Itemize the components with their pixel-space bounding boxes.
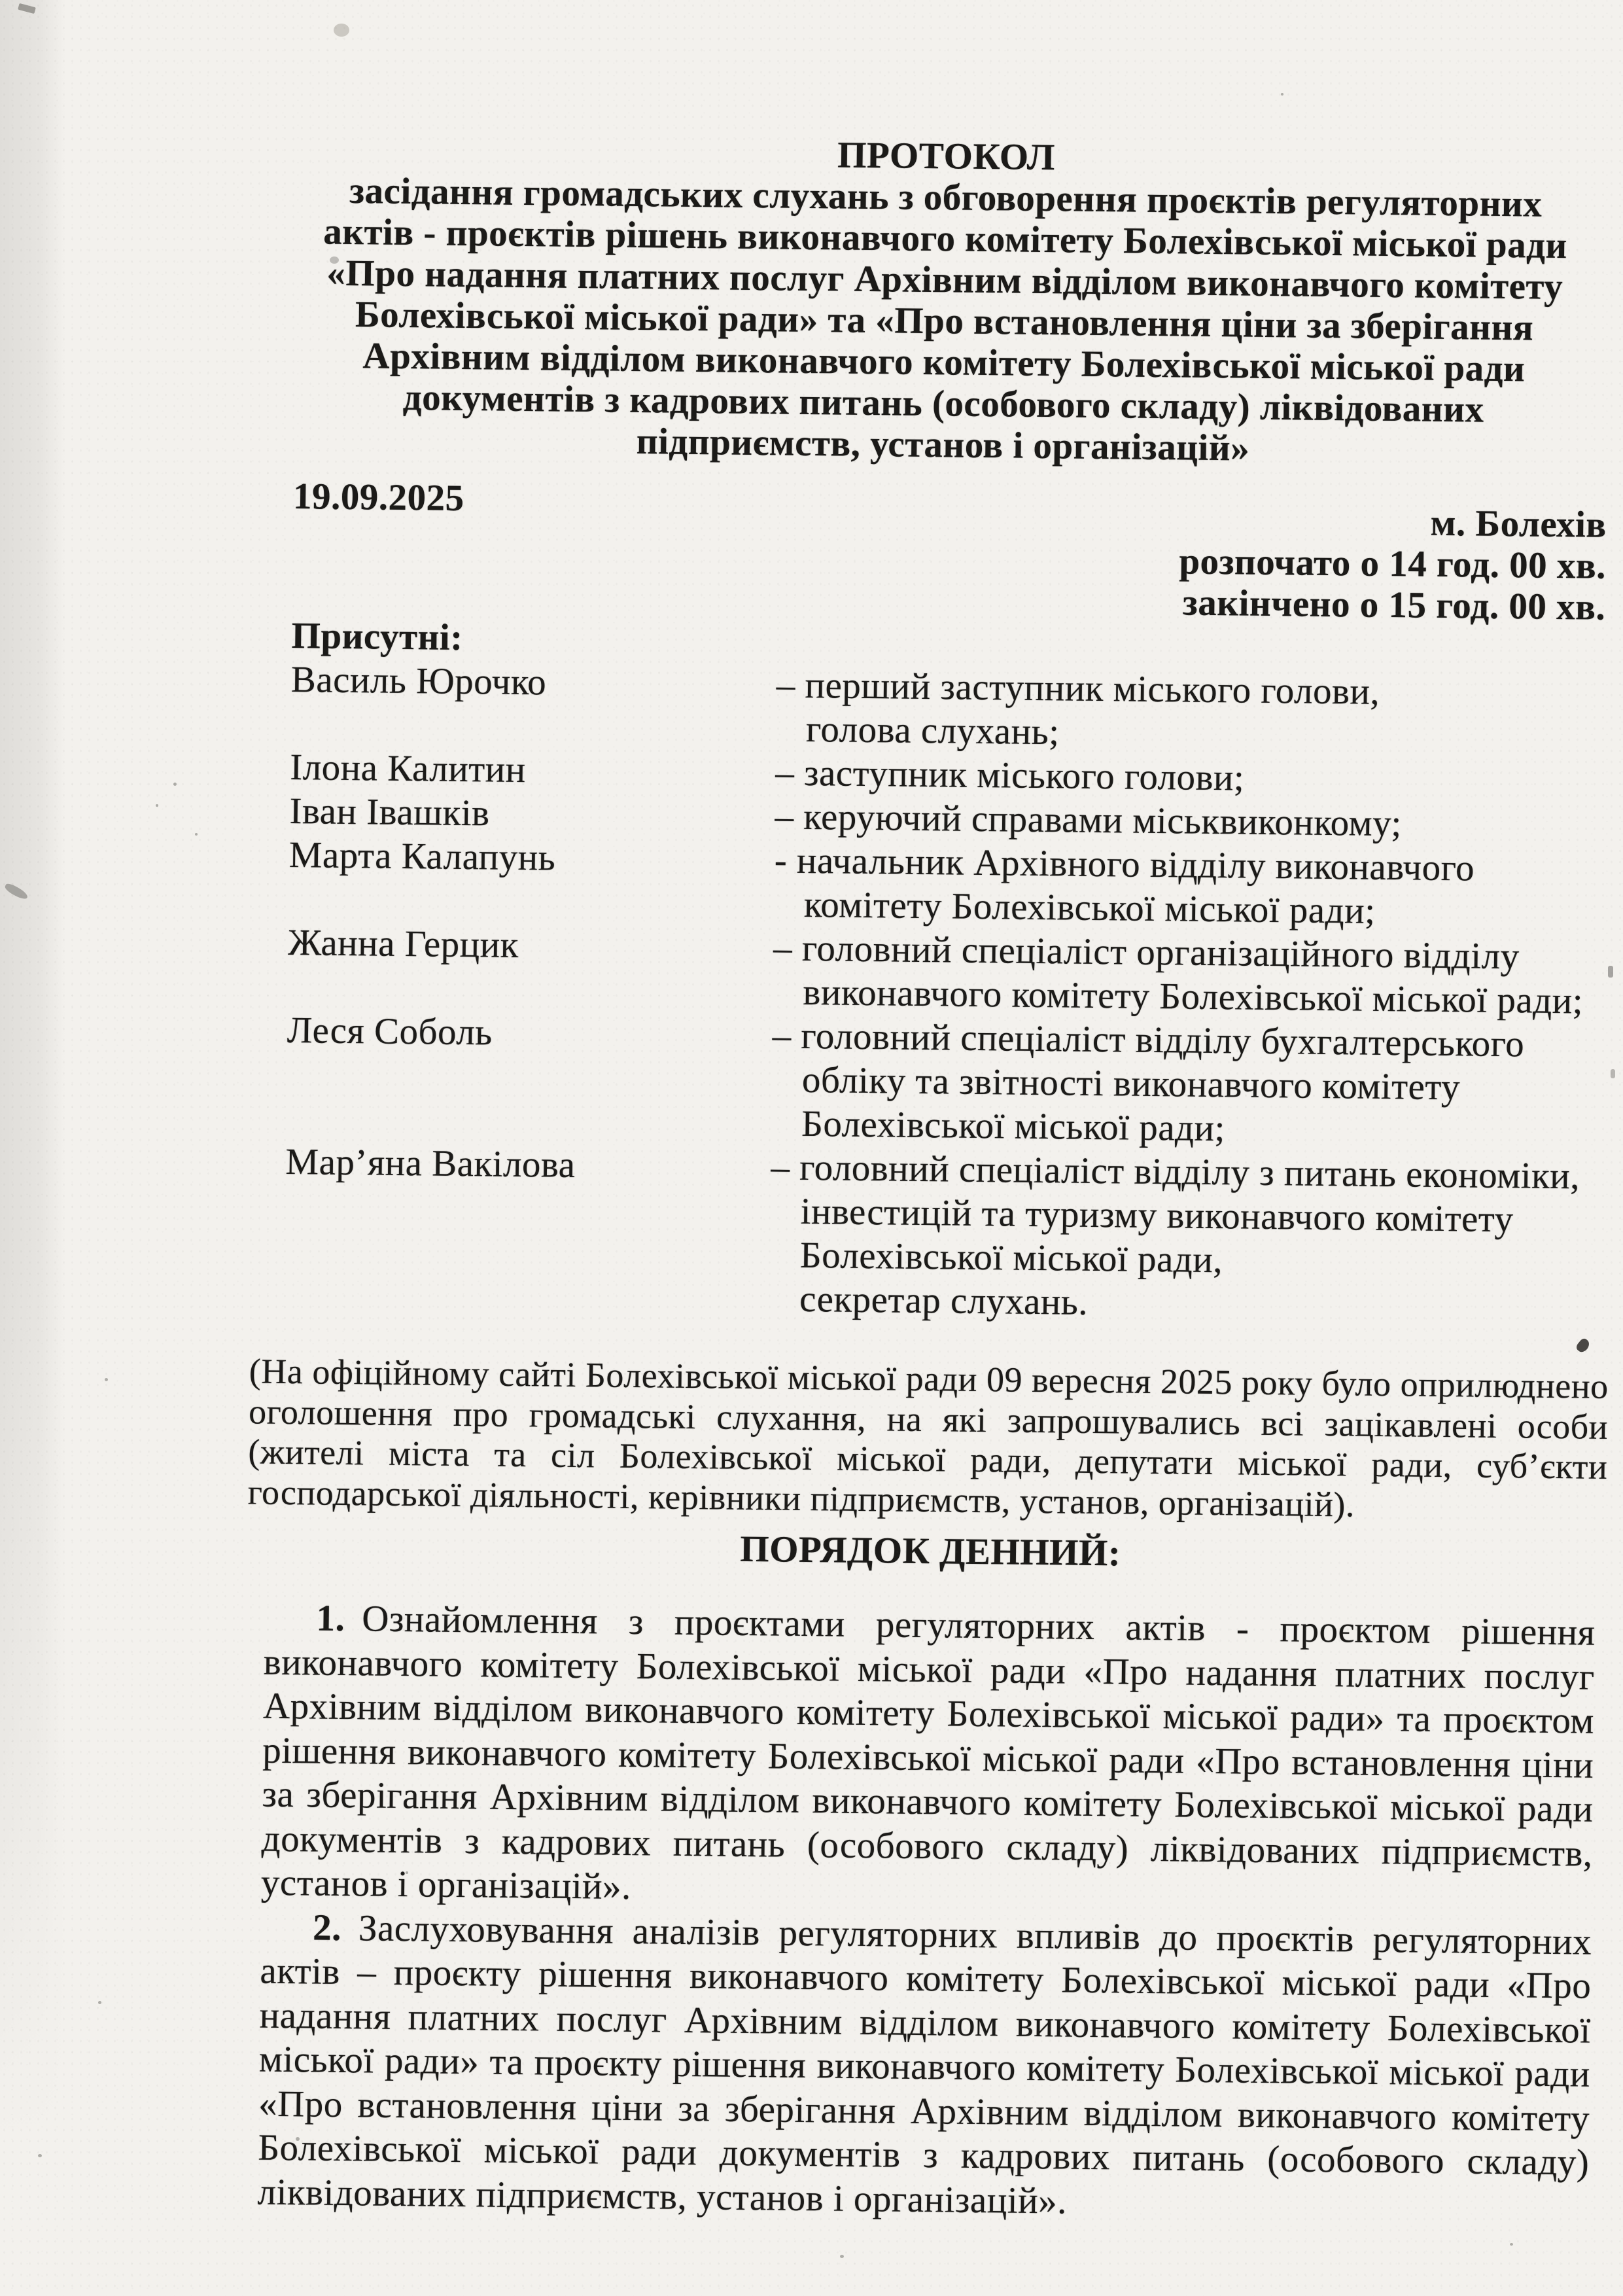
attendee-role: – головний спеціаліст організаційного ві…	[773, 926, 1603, 1023]
attendee-role: – головний спеціаліст відділу бухгалтерс…	[771, 1014, 1602, 1154]
time-finished: закінчено о 15 год. 00 хв.	[1178, 582, 1605, 627]
attendee-row: Мар’яна Вакілова – головний спеціаліст в…	[268, 1140, 1601, 1330]
scanned-document-page: { "document": { "kind": "scanned protoco…	[0, 0, 1623, 2296]
scan-speck	[195, 833, 198, 836]
attendee-name: Мар’яна Вакілова	[268, 1140, 771, 1321]
attendees-list: Василь Юрочко – перший заступник міськог…	[268, 658, 1606, 1330]
scan-speck	[1510, 2243, 1513, 2246]
scan-speck	[1281, 93, 1283, 96]
scan-speck	[173, 783, 177, 786]
agenda-item-number: 1.	[316, 1598, 345, 1639]
scan-speck	[105, 1378, 108, 1381]
attendee-name: Ілона Калитин	[273, 745, 776, 795]
attendee-role: – головний спеціаліст відділу з питань е…	[769, 1145, 1601, 1330]
scan-speck	[406, 1871, 408, 1874]
document-place: м. Болехів	[1179, 499, 1607, 545]
attendee-name: Василь Юрочко	[274, 658, 777, 751]
announcement-note: (На офіційному сайті Болехівської місько…	[247, 1351, 1609, 1528]
agenda-item-number: 2.	[313, 1907, 341, 1948]
attendee-row: Леся Соболь – головний спеціаліст відділ…	[270, 1008, 1602, 1155]
agenda-heading: ПОРЯДОК ДЕННИЙ:	[265, 1523, 1597, 1580]
attendee-name: Жанна Герцик	[271, 921, 773, 1014]
scan-speck	[156, 804, 158, 807]
meta-block: 19.09.2025 м. Болехів розпочато о 14 год…	[275, 475, 1608, 629]
attendee-role: – перший заступник міського голови, голо…	[776, 663, 1606, 760]
scan-speck	[334, 24, 349, 37]
attendee-row: Василь Юрочко – перший заступник міськог…	[274, 658, 1606, 760]
time-started: розпочато о 14 год. 00 хв.	[1179, 540, 1606, 586]
agenda-item-text: Заслуховування аналізів регуляторних впл…	[257, 1907, 1592, 2221]
document-title: ПРОТОКОЛ засідання громадських слухань з…	[277, 128, 1613, 473]
scan-speck	[840, 2255, 844, 2258]
agenda-item-text: Ознайомлення з проєктами регуляторних ак…	[261, 1598, 1596, 1908]
attendee-name: Марта Калапунь	[272, 833, 775, 927]
attendee-name: Леся Соболь	[270, 1008, 773, 1146]
attendee-row: Марта Калапунь - начальник Архівного від…	[272, 833, 1604, 936]
attendee-name: Іван Івашків	[273, 789, 775, 839]
agenda-item-1: 1.Ознайомлення з проєктами регуляторних …	[261, 1596, 1596, 1920]
scan-speck	[38, 2154, 42, 2157]
scan-speck	[296, 2137, 300, 2141]
attendee-role: - начальник Архівного відділу виконавчог…	[774, 838, 1604, 935]
scan-speck	[330, 256, 339, 264]
scan-speck	[98, 2001, 101, 2004]
attendee-row: Жанна Герцик – головний спеціаліст орган…	[271, 921, 1603, 1023]
document-date: 19.09.2025	[293, 475, 464, 520]
meta-right-block: м. Болехів розпочато о 14 год. 00 хв. за…	[1178, 499, 1607, 627]
agenda-item-2: 2.Заслуховування аналізів регуляторних в…	[257, 1905, 1592, 2229]
protocol-document: ПРОТОКОЛ засідання громадських слухань з…	[0, 0, 1623, 2229]
scan-speck	[1608, 966, 1613, 978]
attendee-role-line: секретар слухань.	[799, 1277, 1599, 1330]
scan-speck	[1611, 1069, 1615, 1078]
